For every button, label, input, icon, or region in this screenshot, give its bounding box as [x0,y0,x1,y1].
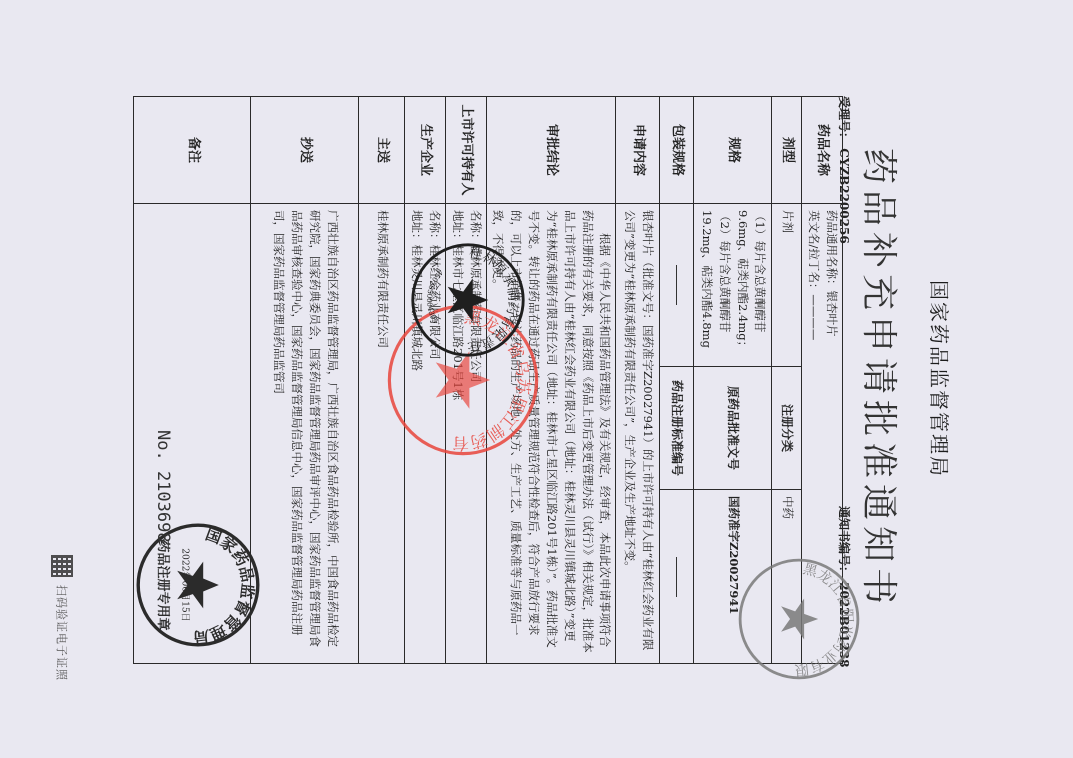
row-spec: 规格 （1）每片含总黄酮醇苷9.6mg、萜类内酯2.4mg； （2）每片含总黄酮… [694,97,772,664]
cc-value: 广西壮族自治区药品监督管理局，广西壮族自治区食品药品检验所，中国食品药品检定研究… [251,204,359,664]
dosage-form-value: 片剂 [772,204,802,367]
approval-table: 药品名称 药品通用名称：银杏叶片 英文名/拉丁名：———— 剂型 片剂 注册分类… [133,96,843,664]
row-main-recipient: 主送 桂林原承制药有限责任公司 [359,97,405,664]
serial-number: No. 2103698 [153,430,173,543]
dash [676,557,677,597]
main-recipient-value: 桂林原承制药有限责任公司 [359,204,405,664]
row-manufacturer: 生产企业 名称：桂林红会药业有限公司 地址：桂林灵川县灵川镇城北路 [405,97,446,664]
manufacturer-label: 生产企业 [405,97,446,204]
mah-addr: 桂林市七星区临江路201号1栋 [451,245,465,401]
english-name-label: 英文名/拉丁名： [807,210,821,294]
approval-notice-page: 国家药品监督管理局 药品补充申请批准通知书 受理号： CYZB2200256 通… [0,0,1073,758]
agency-name: 国家药品监督管理局 [926,0,955,758]
spec-line-2: （2）每片含总黄酮醇苷19.2mg、萜类内酯4.8mg [697,210,733,360]
row-package-spec: 包装规格 药品注册标准编号 [660,97,694,664]
remarks-value [134,204,251,664]
manufacturer-addr-label: 地址： [410,210,424,245]
standard-no-label: 药品注册标准编号 [660,367,694,490]
row-cc: 抄送 广西壮族自治区药品监督管理局，广西壮族自治区食品药品检验所，中国食品药品检… [251,97,359,664]
qr-code-icon[interactable] [51,555,73,577]
english-name: ———— [807,294,821,340]
mah-name: 桂林原承制药有限责任公司 [469,245,483,383]
standard-no-value [660,490,694,664]
dosage-form-label: 剂型 [772,97,802,204]
manufacturer-value: 名称：桂林红会药业有限公司 地址：桂林灵川县灵川镇城北路 [405,204,446,664]
mah-value: 名称：桂林原承制药有限责任公司 地址：桂林市七星区临江路201号1栋 [446,204,487,664]
manufacturer-name-label: 名称： [428,210,442,245]
registration-class-label: 注册分类 [772,367,802,490]
remarks-label: 备注 [134,97,251,204]
conclusion-value: 根据《中华人民共和国药品管理法》及有关规定，经审查，本品此次申请事项符合药品注册… [486,204,616,664]
generic-name: 银杏叶片 [825,291,839,337]
spec-line-1: （1）每片含总黄酮醇苷9.6mg、萜类内酯2.4mg； [733,210,769,360]
row-remarks: 备注 [134,97,251,664]
row-application: 申请内容 银杏叶片（批准文号：国药准字Z20027941）的上市许可持有人由“桂… [616,97,660,664]
spec-value: （1）每片含总黄酮醇苷9.6mg、萜类内酯2.4mg； （2）每片含总黄酮醇苷1… [694,204,772,367]
original-approval-value: 国药准字Z20027941 [694,490,772,664]
row-conclusion: 审批结论 根据《中华人民共和国药品管理法》及有关规定，经审查，本品此次申请事项符… [486,97,616,664]
conclusion-label: 审批结论 [486,97,616,204]
package-spec-label: 包装规格 [660,97,694,204]
manufacturer-name: 桂林红会药业有限公司 [428,245,442,360]
manufacturer-addr: 桂林灵川县灵川镇城北路 [410,245,424,372]
registration-class-value: 中药 [772,490,802,664]
application-value: 银杏叶片（批准文号：国药准字Z20027941）的上市许可持有人由“桂林红会药业… [616,204,660,664]
verify-text: 扫码验证电子证照 [53,585,71,681]
mah-addr-label: 地址： [451,210,465,245]
original-approval-label: 原药品批准文号 [694,367,772,490]
application-label: 申请内容 [616,97,660,204]
dash [676,265,677,305]
mah-label: 上市许可持有人 [446,97,487,204]
document-title: 药品补充申请批准通知书 [856,0,907,758]
package-spec-value [660,204,694,367]
drug-name-label: 药品名称 [802,97,843,204]
drug-name-value: 药品通用名称：银杏叶片 英文名/拉丁名：———— [802,204,843,664]
cc-label: 抄送 [251,97,359,204]
row-mah: 上市许可持有人 名称：桂林原承制药有限责任公司 地址：桂林市七星区临江路201号… [446,97,487,664]
main-recipient-label: 主送 [359,97,405,204]
spec-label: 规格 [694,97,772,204]
row-drug-name: 药品名称 药品通用名称：银杏叶片 英文名/拉丁名：———— [802,97,843,664]
row-dosage-form: 剂型 片剂 注册分类 中药 [772,97,802,664]
mah-name-label: 名称： [469,210,483,245]
generic-name-label: 药品通用名称： [825,210,839,291]
